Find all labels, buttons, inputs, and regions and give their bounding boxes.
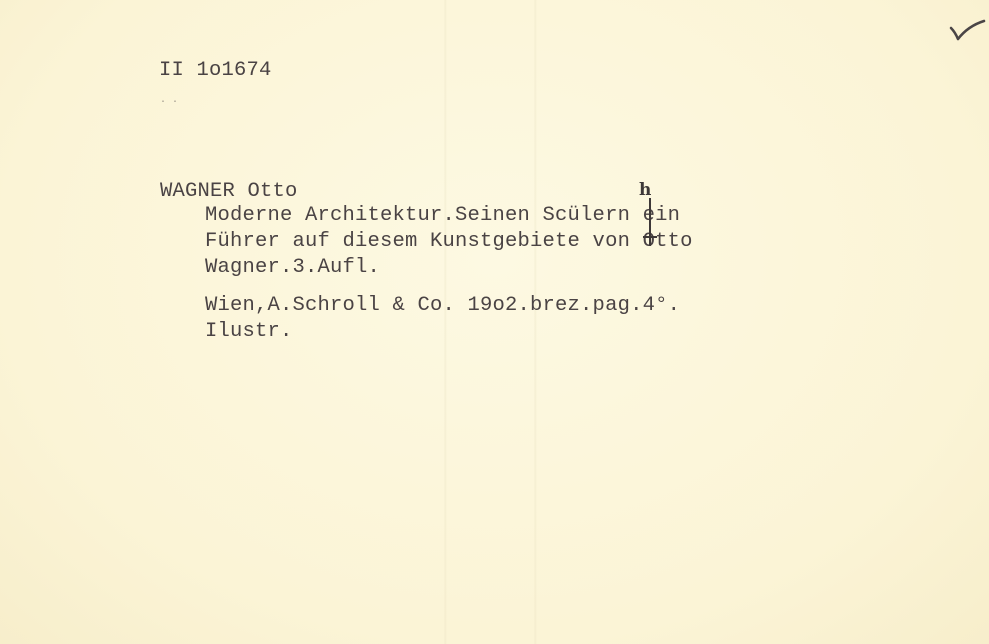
call-number: II 1o1674 xyxy=(159,61,272,82)
catalog-card: II 1o1674 .. WAGNER Otto Moderne Archite… xyxy=(0,0,989,644)
handwritten-correction: h xyxy=(639,180,651,200)
insertion-caret-icon xyxy=(649,198,651,246)
checkmark-icon xyxy=(948,18,986,42)
stamp-marks: .. xyxy=(160,96,184,106)
author-heading: WAGNER Otto xyxy=(160,182,298,203)
insertion-tick-icon xyxy=(643,236,657,238)
title-line-2: Führer auf diesem Kunstgebiete von Otto xyxy=(205,232,693,253)
imprint-line-1: Wien,A.Schroll & Co. 19o2.brez.pag.4°. xyxy=(205,296,680,317)
imprint-line-2: Ilustr. xyxy=(205,322,293,343)
title-line-1: Moderne Architektur.Seinen Scülern ein xyxy=(205,206,680,227)
title-line-3: Wagner.3.Aufl. xyxy=(205,258,380,279)
